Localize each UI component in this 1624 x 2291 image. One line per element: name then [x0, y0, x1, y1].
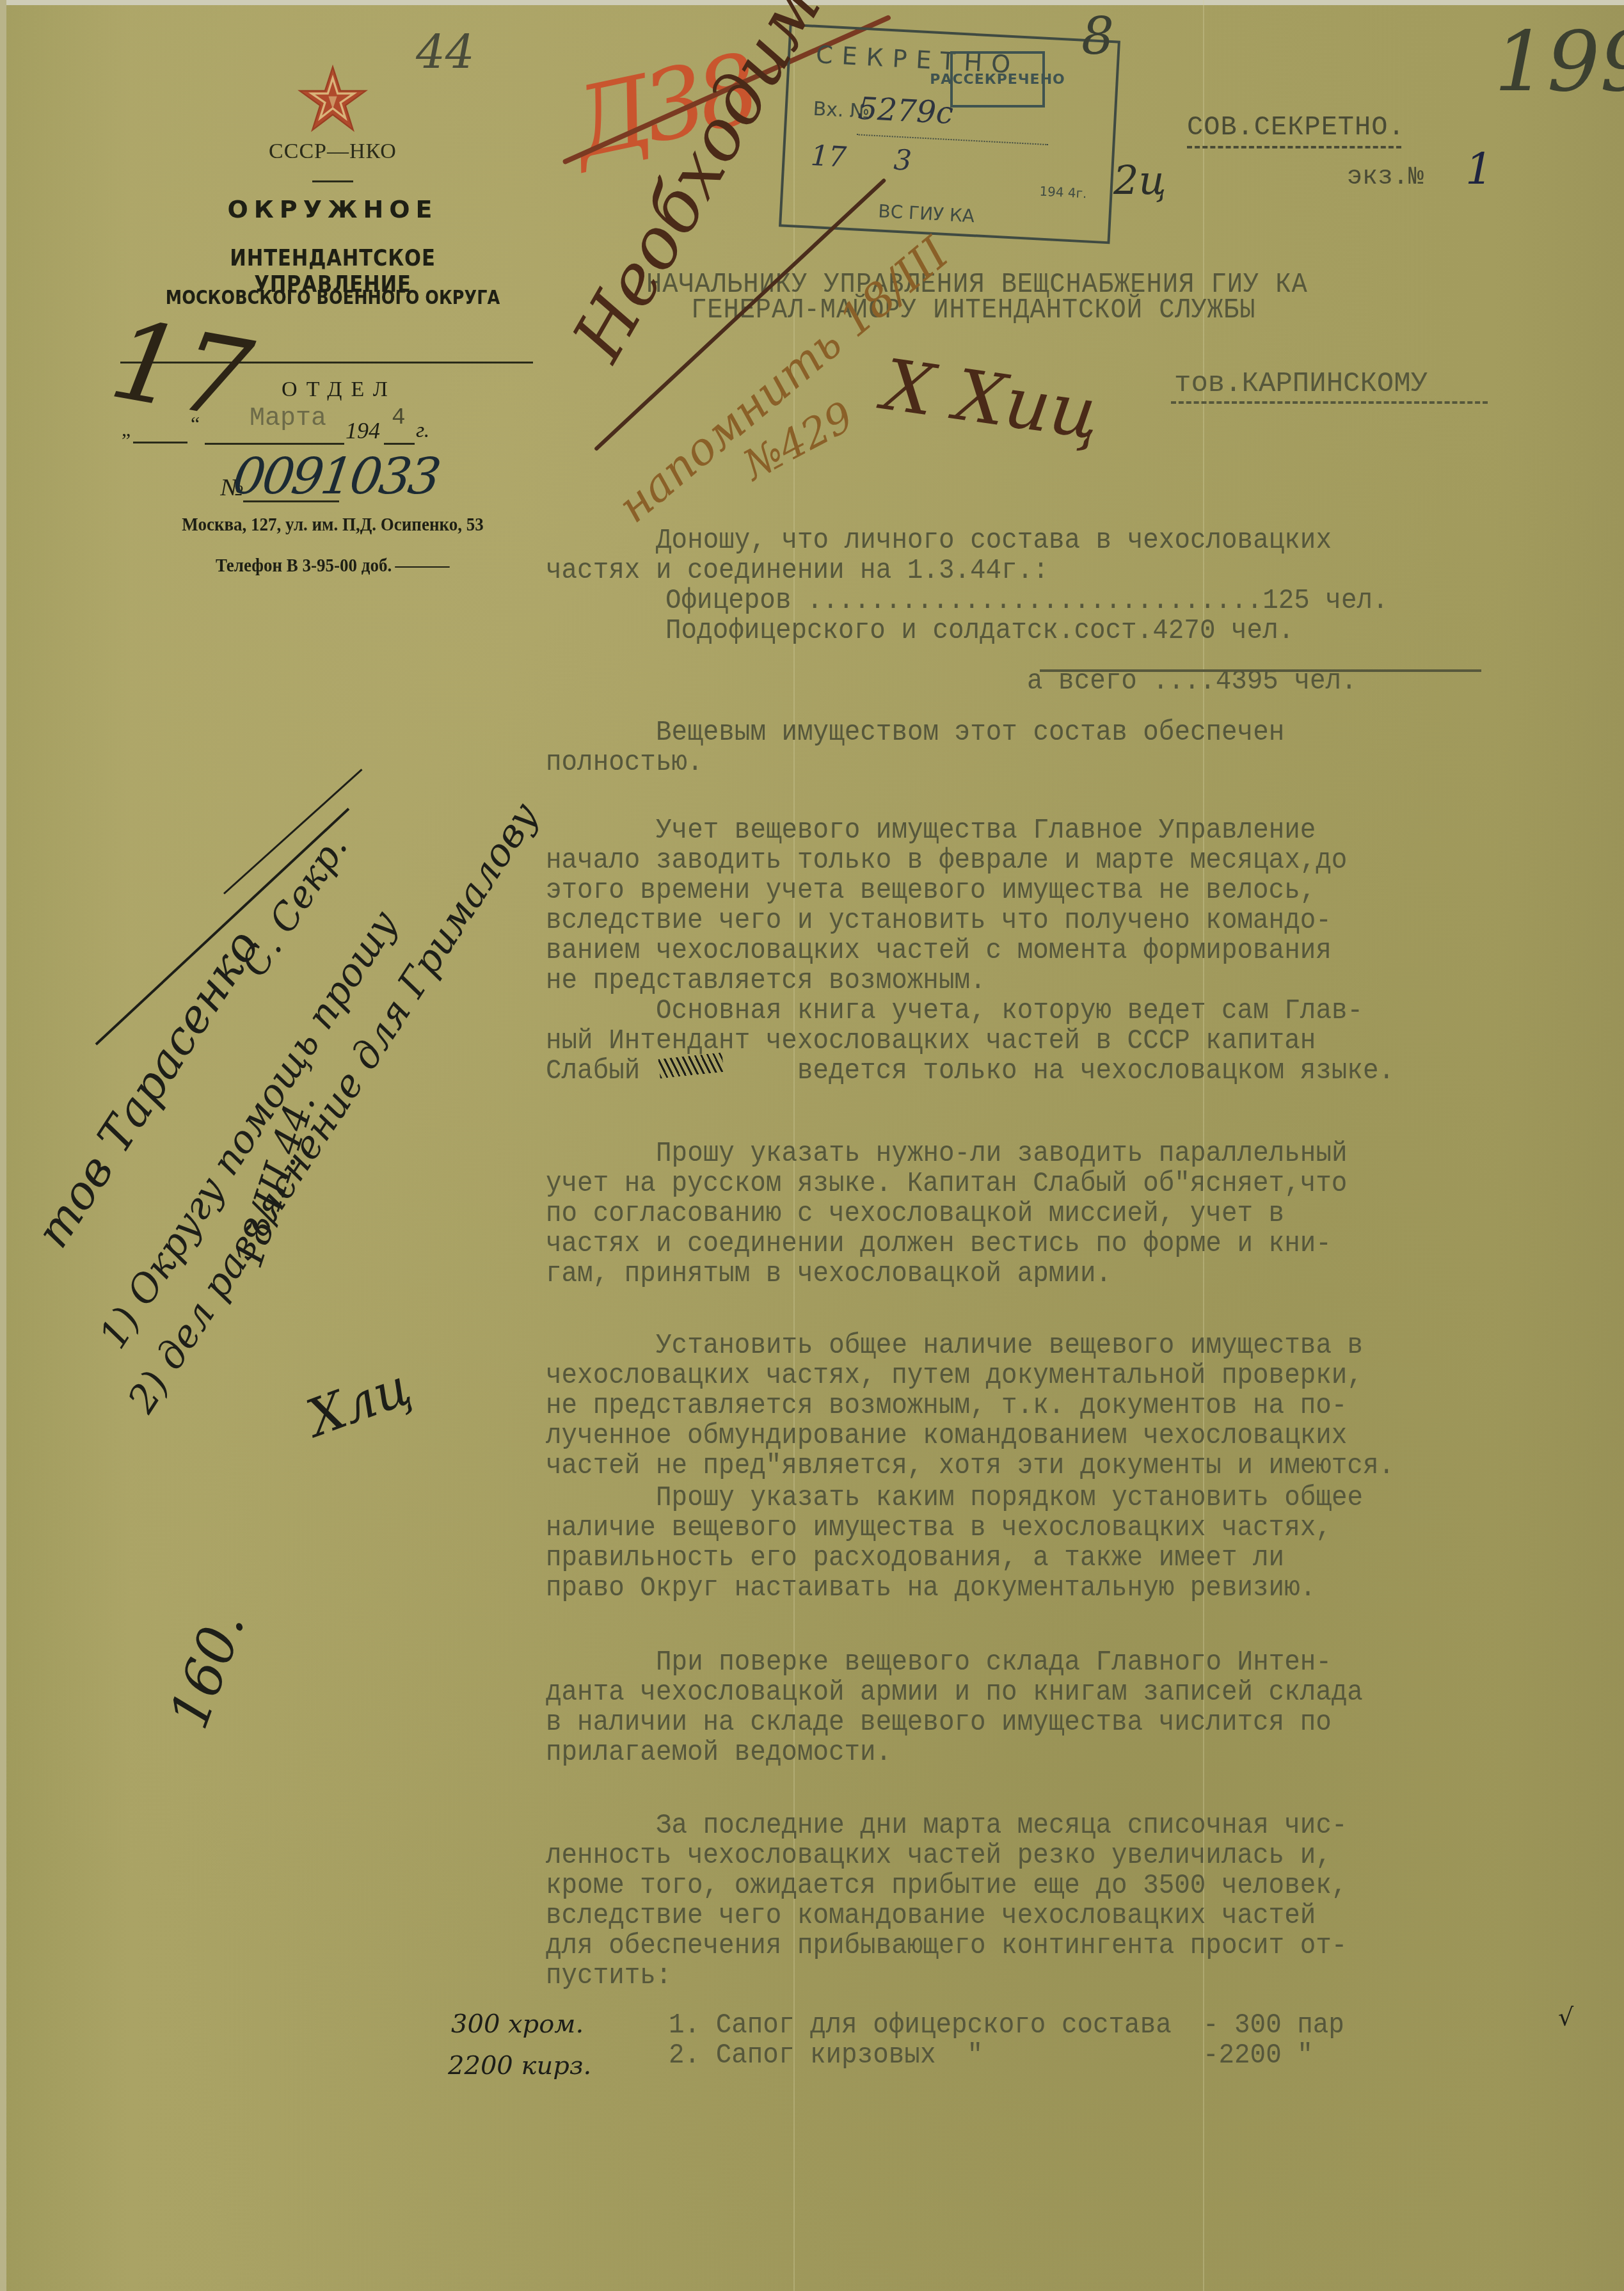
- body-paragraph-3: Учет вещевого имущества Главное Управлен…: [546, 816, 1347, 996]
- stamp-number: 5279с: [857, 90, 954, 131]
- addressee-name: тов.КАРПИНСКОМУ: [1174, 368, 1428, 400]
- tally-note-2: 2200 кирз.: [448, 2051, 591, 2080]
- addressee-underline: [1171, 401, 1488, 404]
- total-count: а всего ....4395 чел.: [1027, 667, 1357, 697]
- day-field-line: [133, 442, 187, 443]
- year-field-line: [384, 443, 415, 445]
- copy-label: экз.№: [1347, 163, 1424, 192]
- copy-number: 1: [1465, 144, 1493, 195]
- paragraph-text: Прошу указать нужно-ли заводить параллел…: [546, 1138, 1348, 1290]
- month-field-line: [205, 443, 344, 445]
- date-year-suffix: г.: [416, 419, 429, 443]
- divider: [312, 180, 353, 182]
- secret-registry-stamp: СЕКРЕТНО Вх. № 5279с 17 3 194 4г. ВС ГИУ…: [779, 24, 1120, 244]
- date-year-prefix: 194: [346, 417, 380, 444]
- stamp-org: ВС ГИУ КА: [878, 200, 975, 227]
- stamp-note-8: 8: [1081, 6, 1114, 66]
- folio-number: 199: [1494, 13, 1624, 110]
- department-label: ОТДЕЛ: [243, 378, 435, 402]
- paragraph-text: Доношу, что личного состава в чехословац…: [546, 525, 1332, 587]
- body-paragraph-5: Прошу указать нужно-ли заводить параллел…: [546, 1139, 1348, 1289]
- classification-underline: [1187, 146, 1401, 148]
- org-address: Москва, 127, ул. им. П,Д. Осипенко, 53: [137, 514, 529, 536]
- request-item-2: 2. Сапог кирзовых " -2200 ": [669, 2041, 1313, 2071]
- body-paragraph-1: Доношу, что личного состава в чехословац…: [546, 526, 1332, 586]
- stamp-note-2u: 2ц: [1113, 157, 1166, 204]
- stamp-date-month: 3: [893, 144, 912, 177]
- tally-note-1: 300 хром.: [451, 2009, 584, 2039]
- extension-field-line: [395, 566, 450, 568]
- paragraph-text: При поверке вещевого склада Главного Инт…: [546, 1647, 1363, 1769]
- red-star-icon: [298, 64, 368, 134]
- org-short-name: СССР—НКО: [243, 140, 422, 164]
- check-mark: √: [1558, 2003, 1573, 2031]
- body-paragraph-6: Установить общее наличие вещевого имущес…: [546, 1331, 1394, 1481]
- body-paragraph-8: При поверке вещевого склада Главного Инт…: [546, 1648, 1363, 1768]
- org-name-line-3: МОСКОВСКОГО ВОЕННОГО ОКРУГА: [148, 287, 518, 309]
- ncos-count: Подофицерского и солдатск.сост.4270 чел.: [665, 616, 1294, 646]
- body-paragraph-7: Прошу указать каким порядком установить …: [546, 1483, 1363, 1604]
- officers-count: Офицеров .............................12…: [665, 586, 1389, 616]
- addressee-line-2: ГЕНЕРАЛ-МАЙОРУ ИНТЕНДАНТСКОЙ СЛУЖБЫ: [691, 294, 1255, 326]
- paragraph-text: За последние дни марта месяца списочная …: [546, 1810, 1348, 1992]
- paragraph-text: Установить общее наличие вещевого имущес…: [546, 1330, 1394, 1482]
- date-year-digit: 4: [392, 404, 406, 431]
- stamp-date-day: 17: [810, 140, 848, 174]
- stamp-date-year: 194 4г.: [1039, 183, 1087, 201]
- handwritten-day-mark: 17: [102, 296, 260, 445]
- org-phone: Телефон В 3-95-00 доб.: [137, 555, 529, 577]
- declassified-stamp: РАССЕКРЕЧЕНО: [950, 51, 1045, 108]
- date-month: Марта: [250, 404, 326, 433]
- org-name-line-1: ОКРУЖНОЕ: [115, 195, 550, 223]
- page-left-edge: [0, 0, 6, 2291]
- body-paragraph-9: За последние дни марта месяца списочная …: [546, 1811, 1348, 1992]
- org-phone-text: Телефон В 3-95-00 доб.: [216, 555, 392, 576]
- paragraph-text: Прошу указать каким порядком установить …: [546, 1482, 1363, 1604]
- handwritten-number: 0091033: [230, 448, 442, 506]
- paragraph-text: Учет вещевого имущества Главное Управлен…: [546, 815, 1347, 997]
- outgoing-number: № 0091033: [221, 448, 477, 512]
- classification-mark: СОВ.СЕКРЕТНО.: [1187, 112, 1405, 143]
- pencil-note-44: 44: [416, 26, 475, 79]
- body-paragraph-2: Вещевым имуществом этот состав обеспечен…: [546, 718, 1284, 778]
- stamp-date: 17 3: [810, 140, 912, 177]
- paragraph-text: Вещевым имуществом этот состав обеспечен…: [546, 717, 1284, 779]
- request-item-1: 1. Сапог для офицерского состава - 300 п…: [669, 2011, 1344, 2041]
